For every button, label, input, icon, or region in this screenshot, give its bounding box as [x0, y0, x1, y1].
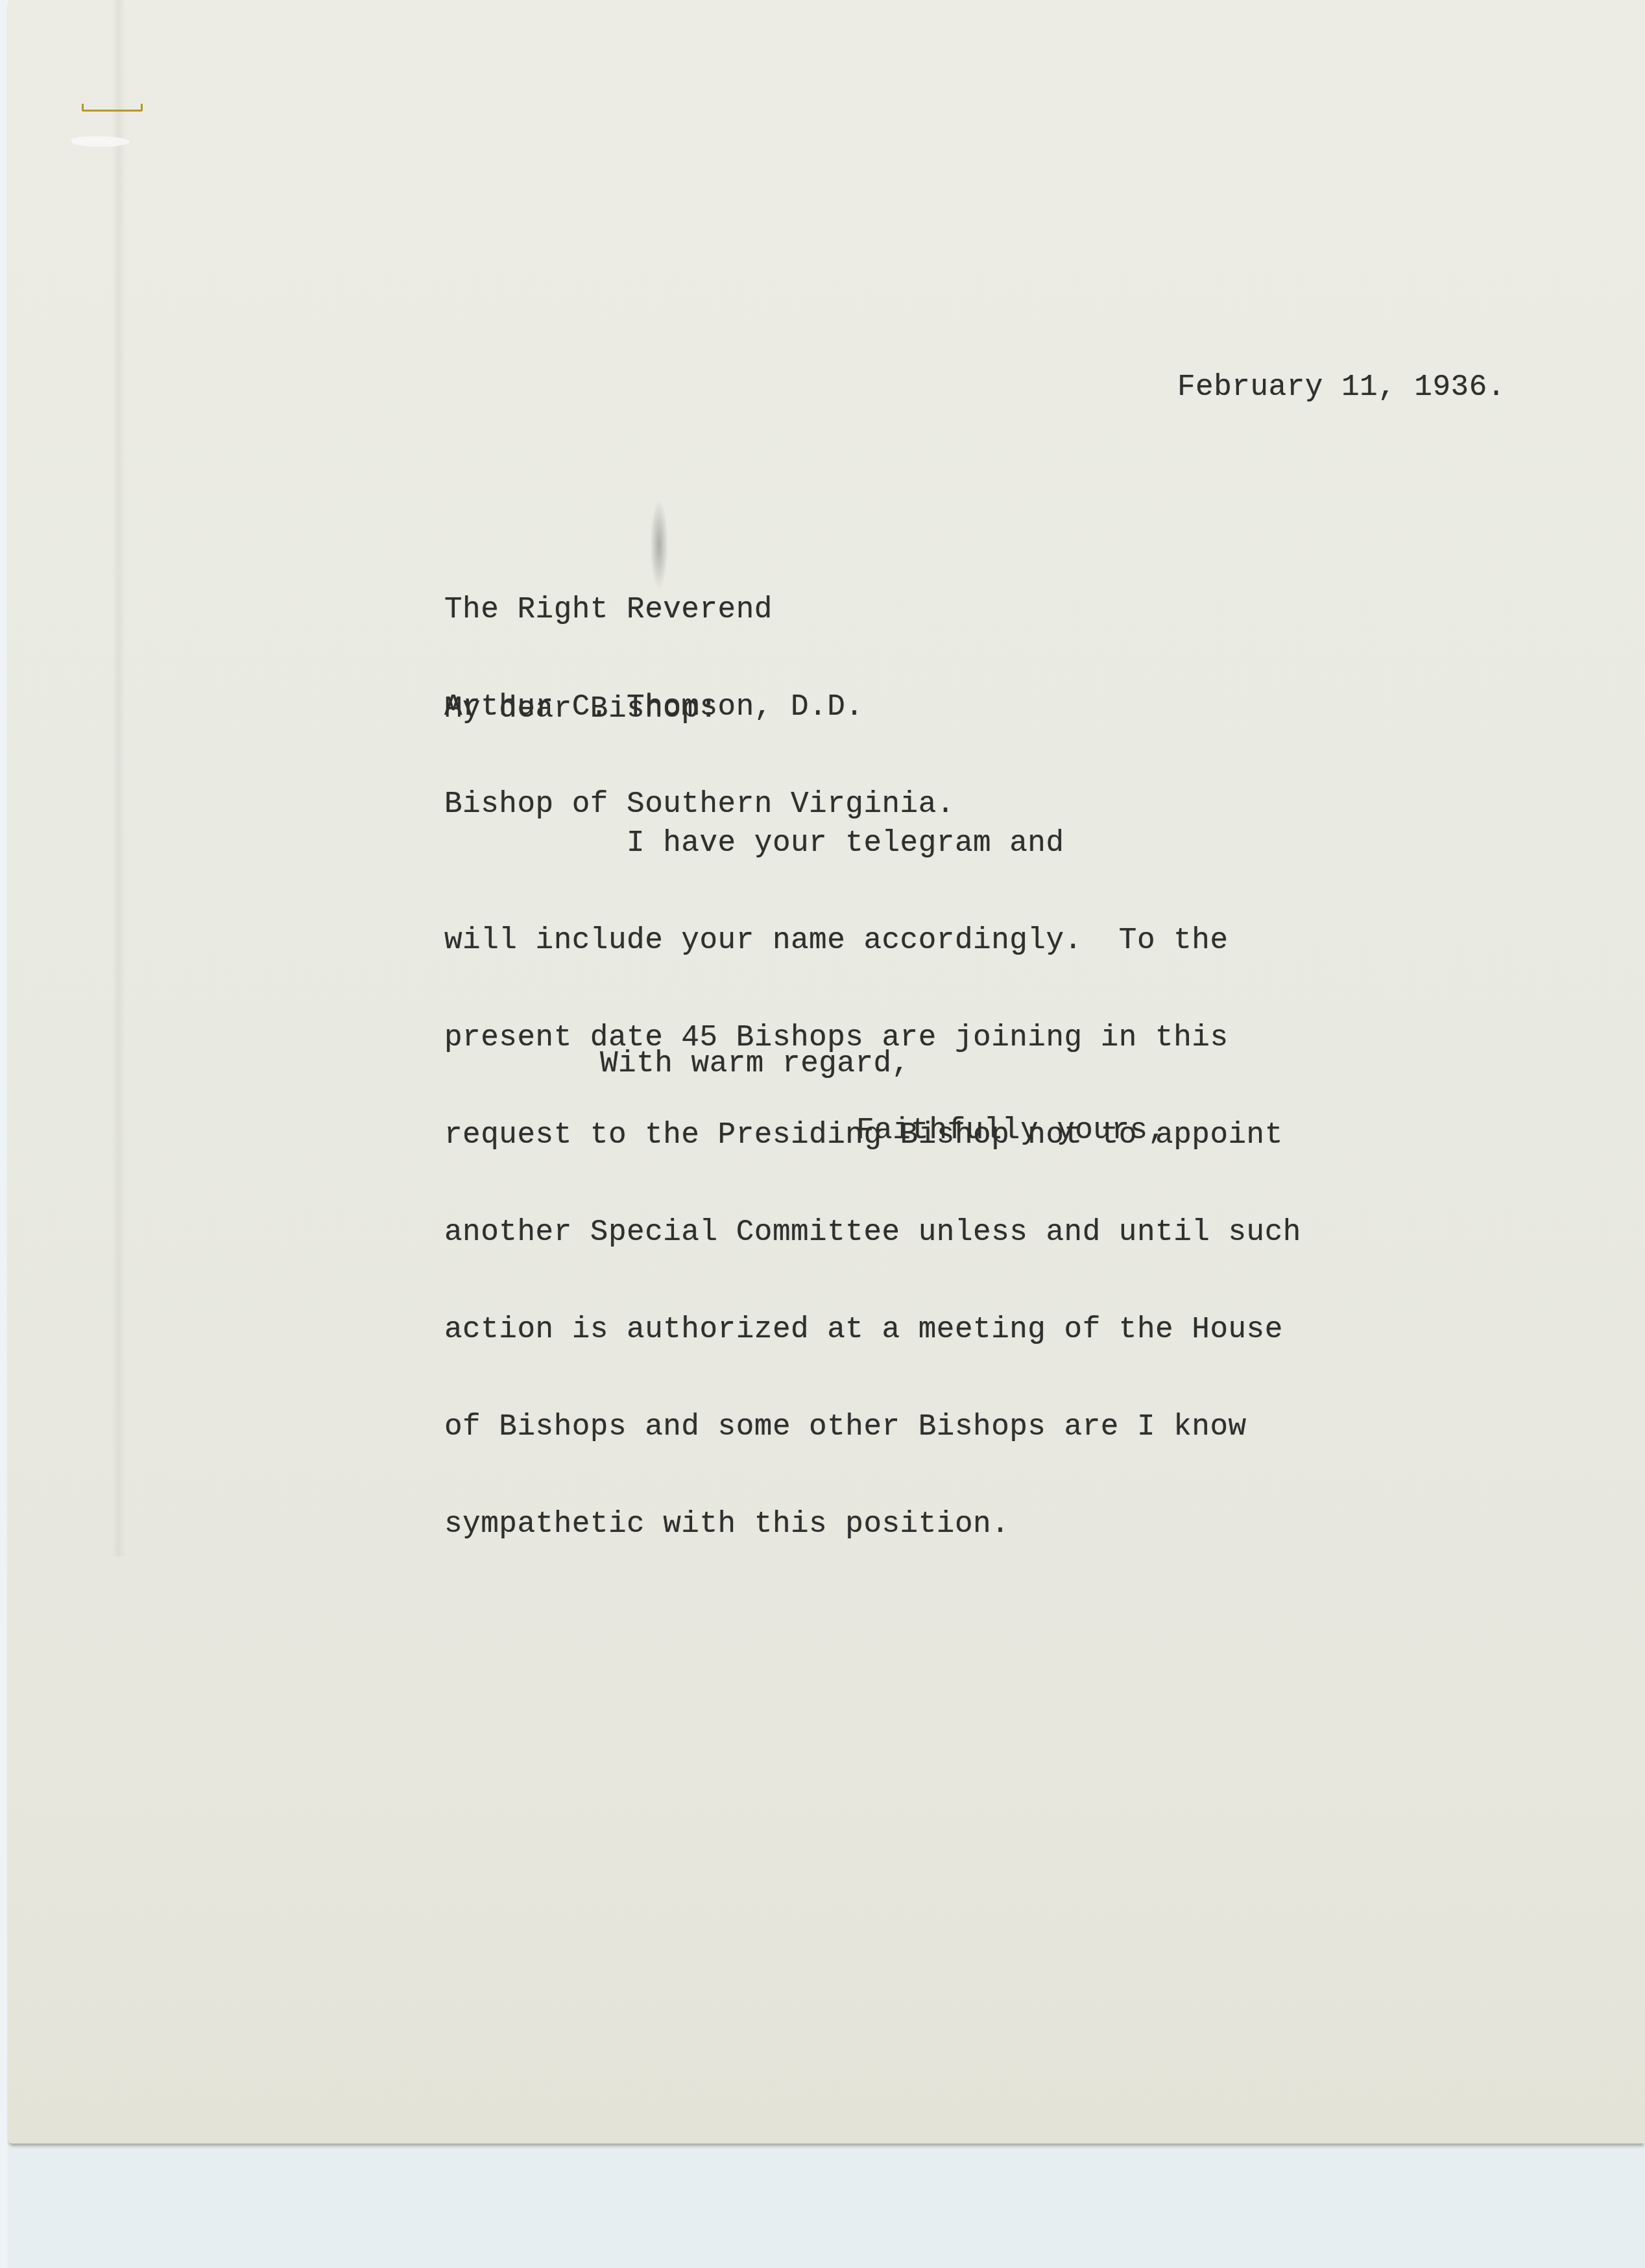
body-line: I have your telegram and	[444, 827, 1301, 859]
salutation: My dear Bishop:	[444, 693, 718, 725]
scanner-edge	[0, 0, 8, 2268]
paper-fold-shadow	[112, 0, 126, 1557]
letter-date: February 11, 1936.	[1177, 371, 1506, 403]
staple-tear-mark	[71, 136, 130, 147]
body-line: action is authorized at a meeting of the…	[444, 1313, 1301, 1346]
signoff: Faithfully yours,	[856, 1114, 1166, 1147]
closing-phrase: With warm regard,	[600, 1047, 910, 1080]
body-line: another Special Committee unless and unt…	[444, 1216, 1301, 1248]
body-line: of Bishops and some other Bishops are I …	[444, 1411, 1301, 1443]
body-line: sympathetic with this position.	[444, 1508, 1301, 1540]
letter-body: I have your telegram and will include yo…	[444, 762, 1301, 1573]
body-line: will include your name accordingly. To t…	[444, 924, 1301, 957]
staple-icon	[82, 104, 143, 112]
recipient-line-title: The Right Reverend	[444, 593, 955, 626]
